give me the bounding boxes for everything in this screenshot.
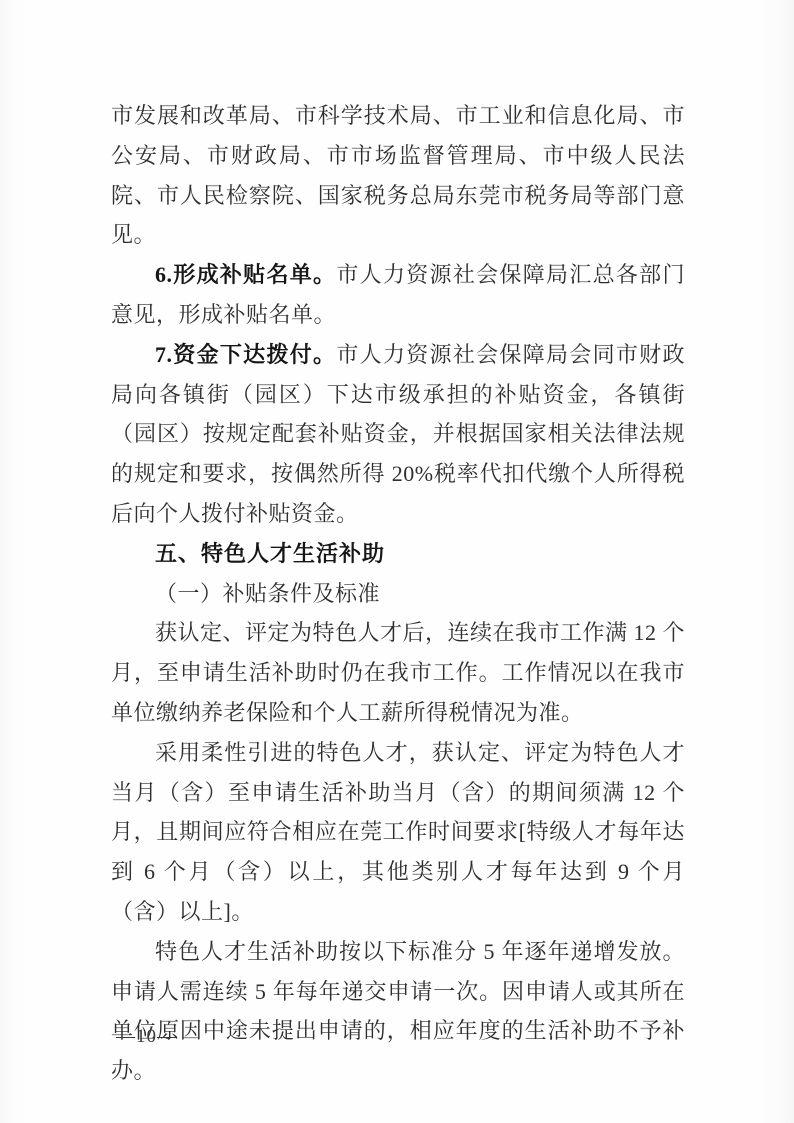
subsection-heading-conditions: （一）补贴条件及标准: [111, 574, 685, 614]
step6-bold-lead: 6.形成补贴名单。: [155, 262, 336, 287]
paragraph-subsidy-payment-standard: 特色人才生活补助按以下标准分 5 年逐年递增发放。申请人需连续 5 年每年递交申…: [111, 932, 685, 1091]
paragraph-step7-fund-payment: 7.资金下达拨付。市人力资源社会保障局会同市财政局向各镇街（园区）下达市级承担的…: [111, 335, 685, 534]
section-heading-five: 五、特色人才生活补助: [111, 534, 685, 574]
paragraph-departments-list: 市发展和改革局、市科学技术局、市工业和信息化局、市公安局、市财政局、市市场监督管…: [111, 96, 685, 255]
step7-bold-lead: 7.资金下达拨付。: [155, 342, 336, 367]
paragraph-flexible-talent-rule: 采用柔性引进的特色人才，获认定、评定为特色人才当月（含）至申请生活补助当月（含）…: [111, 733, 685, 932]
paragraph-departments-text: 市发展和改革局、市科学技术局、市工业和信息化局、市公安局、市财政局、市市场监督管…: [111, 103, 685, 247]
paragraph-step6-subsidy-list: 6.形成补贴名单。市人力资源社会保障局汇总各部门意见，形成补贴名单。: [111, 255, 685, 335]
paragraph-eligibility-requirement: 获认定、评定为特色人才后，连续在我市工作满 12 个月，至申请生活补助时仍在我市…: [111, 613, 685, 732]
step7-body-text: 市人力资源社会保障局会同市财政局向各镇街（园区）下达市级承担的补贴资金，各镇街（…: [111, 342, 685, 526]
document-body: 市发展和改革局、市科学技术局、市工业和信息化局、市公安局、市财政局、市市场监督管…: [111, 96, 685, 1091]
document-page: 市发展和改革局、市科学技术局、市工业和信息化局、市公安局、市财政局、市市场监督管…: [0, 0, 794, 1123]
page-number: —10—: [116, 1026, 177, 1048]
